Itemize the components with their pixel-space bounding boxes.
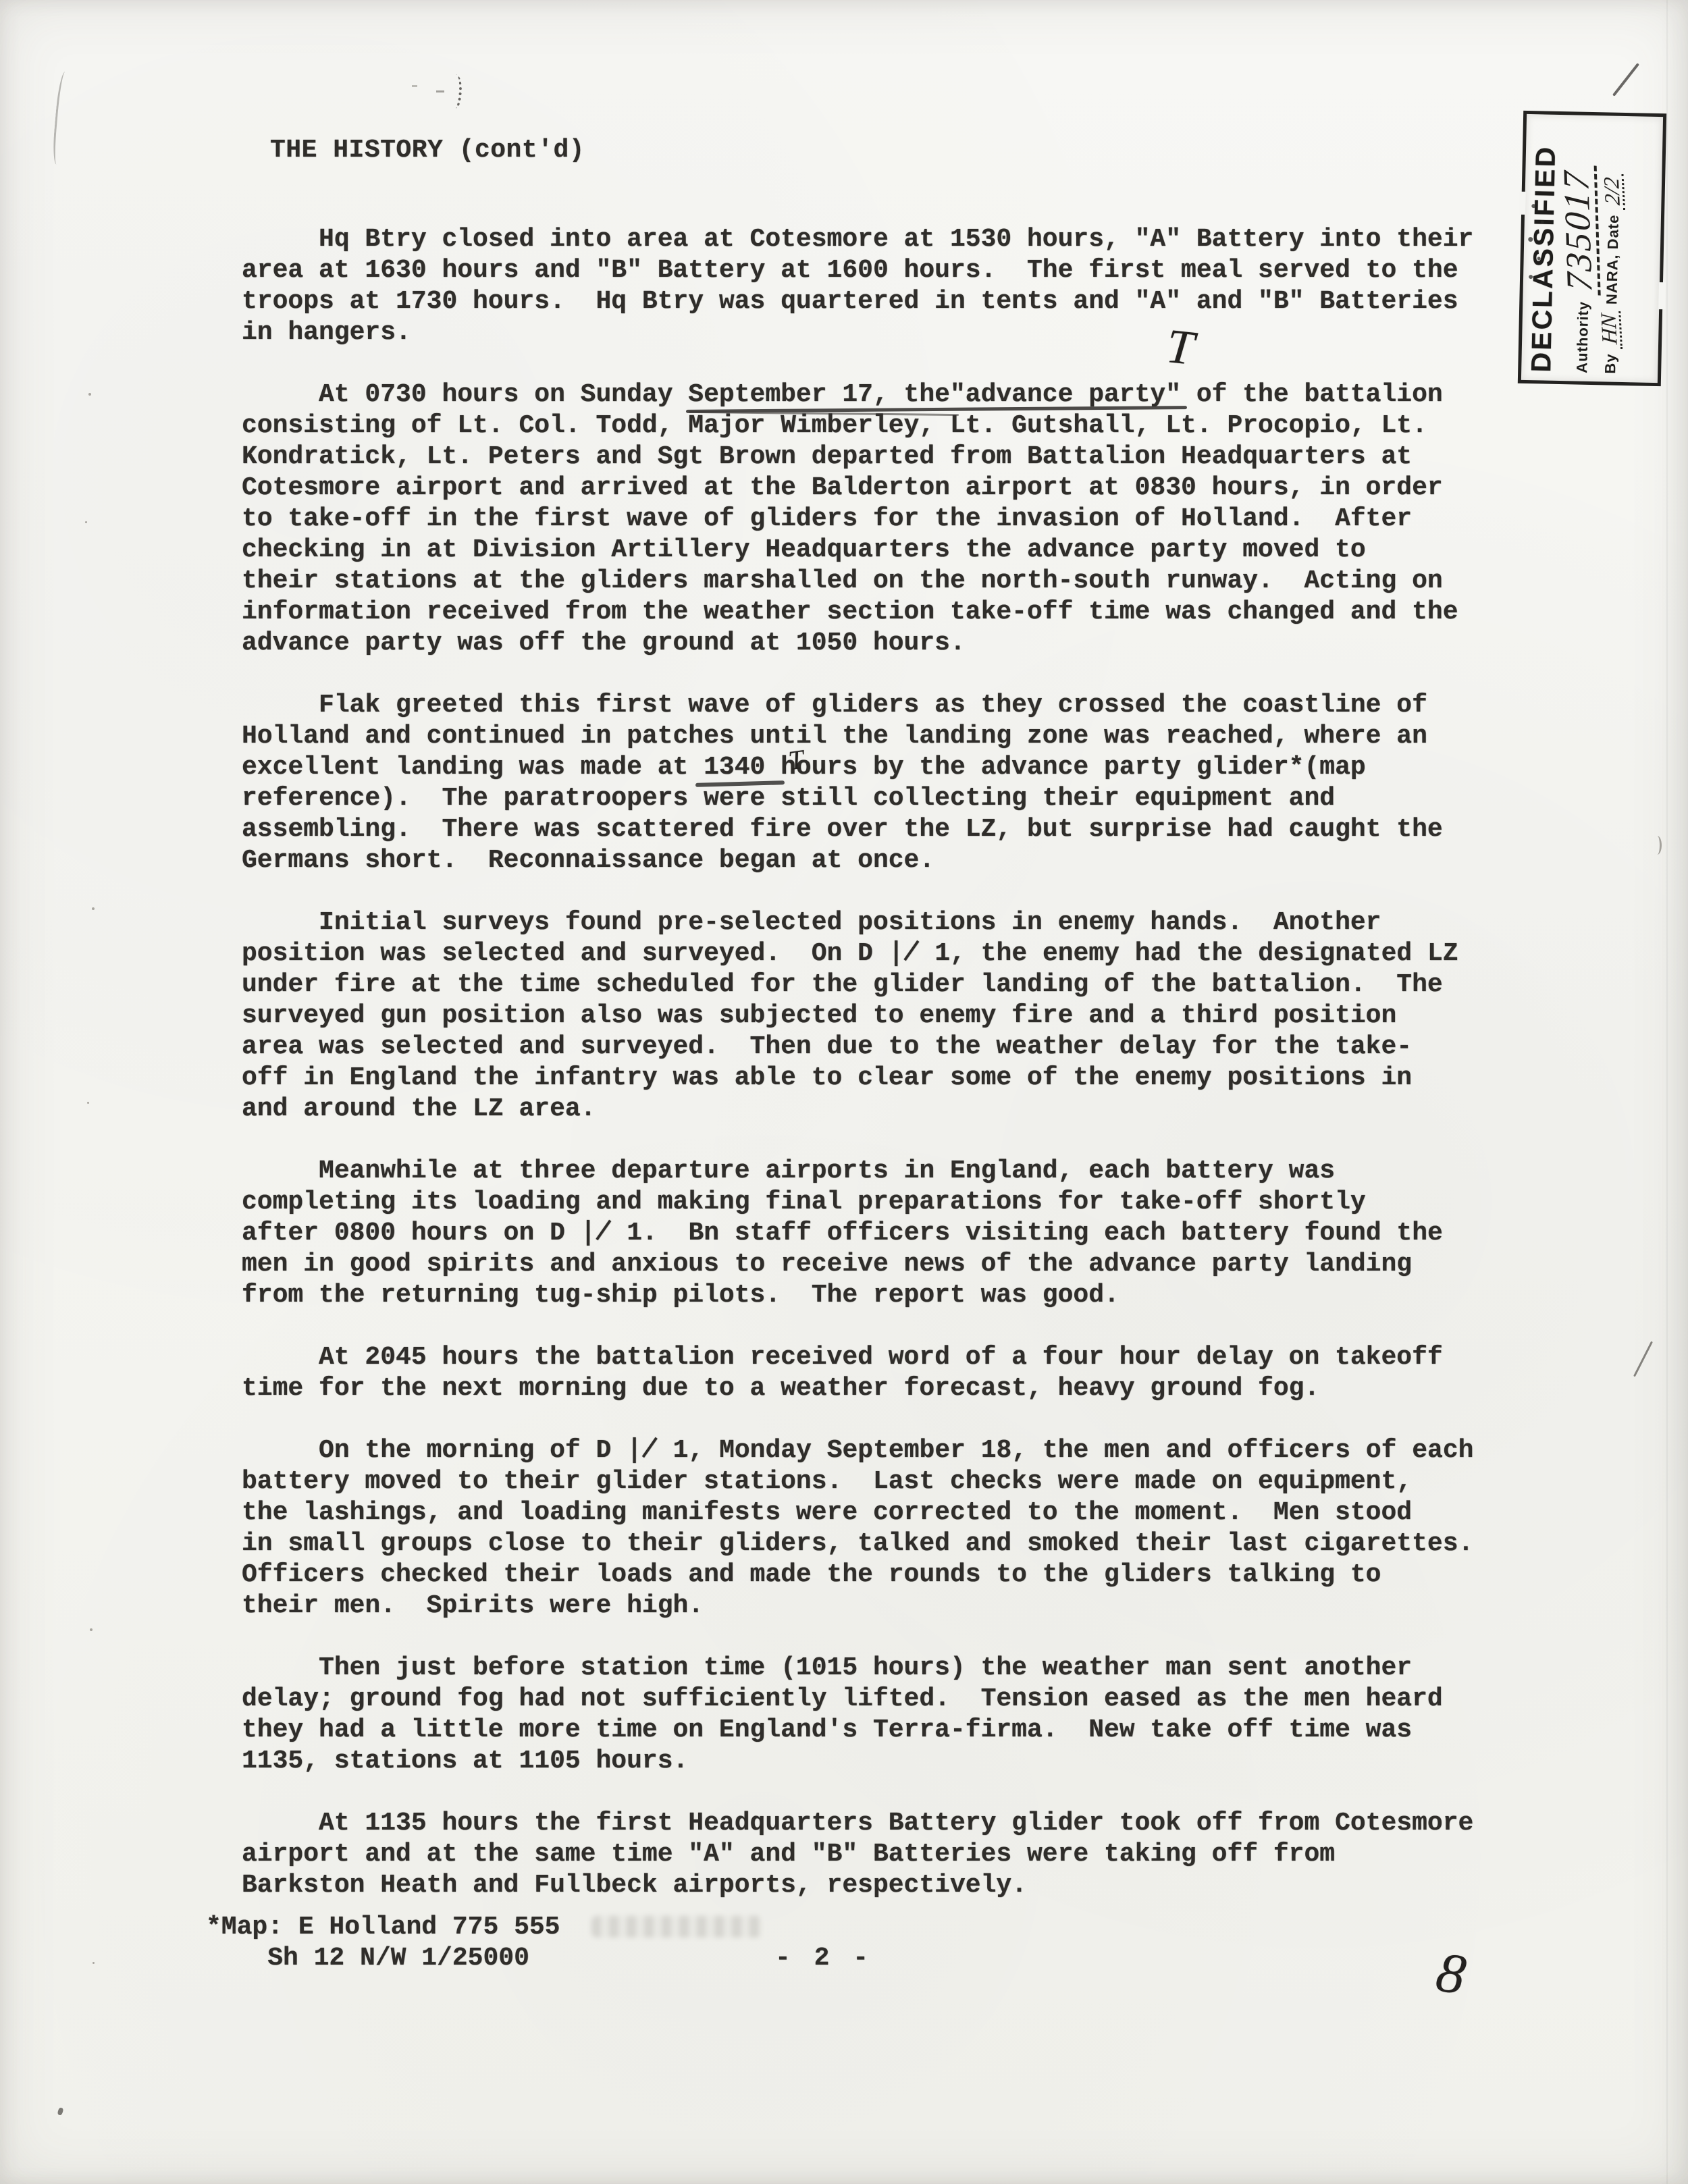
scan-artifact-dash <box>412 85 417 87</box>
paragraph-7: On the morning of D ∤ 1, Monday Septembe… <box>242 1435 1525 1622</box>
scan-artifact-diagonal <box>1633 1341 1653 1377</box>
scan-speck <box>88 393 91 396</box>
stamp-date-value: 2/2 <box>1600 172 1625 210</box>
scan-speck <box>87 1102 89 1104</box>
document-body: Hq Btry closed into area at Cotesmore at… <box>242 224 1525 1932</box>
page-number: - 2 - <box>775 1943 872 1974</box>
stamp-authority-label: Authority <box>1573 301 1592 373</box>
paragraph-2: At 0730 hours on Sunday September 17, th… <box>242 379 1525 659</box>
declassified-stamp: DECLASSIFIED Authority 735017 By HN NARA… <box>1518 111 1666 386</box>
paragraph-6: At 2045 hours the battalion received wor… <box>242 1342 1525 1404</box>
stamp-nara-date-label: NARA, Date <box>1603 214 1623 304</box>
stamp-declassified-text: DECLASSIFIED <box>1525 121 1562 373</box>
scan-artifact-squiggle <box>446 74 464 109</box>
stamp-ink-speck <box>1528 237 1533 242</box>
scan-speck <box>93 1962 95 1964</box>
document-page: THE HISTORY (cont'd) Hq Btry closed into… <box>0 0 1688 2184</box>
page-title: THE HISTORY (cont'd) <box>270 135 585 166</box>
scan-artifact-curve <box>51 71 72 165</box>
paragraph-3: Flak greeted this first wave of gliders … <box>242 690 1525 876</box>
stamp-by-value: HN <box>1597 309 1623 349</box>
paragraph-4: Initial surveys found pre-selected posit… <box>242 907 1525 1125</box>
stamp-by-label: By <box>1602 353 1620 374</box>
scan-speck <box>85 521 87 523</box>
paragraph-9: At 1135 hours the first Headquarters Bat… <box>242 1808 1525 1901</box>
paragraph-1: Hq Btry closed into area at Cotesmore at… <box>242 224 1525 348</box>
stamp-ink-speck <box>1541 220 1544 223</box>
scan-artifact-curve <box>1653 836 1662 855</box>
scan-speck <box>57 2107 63 2116</box>
declassified-stamp-box: DECLASSIFIED Authority 735017 By HN NARA… <box>1518 111 1666 386</box>
stamp-authority-value: 735017 <box>1558 163 1600 296</box>
handwritten-page-mark: 8 <box>1433 1944 1470 2004</box>
stamp-ink-speck <box>1537 257 1541 260</box>
stamp-ink-speck <box>1531 204 1535 208</box>
paragraph-5: Meanwhile at three departure airports in… <box>242 1156 1525 1311</box>
stamp-ink-gap <box>1519 192 1526 215</box>
stamp-ink-speck <box>1529 275 1533 279</box>
ink-smudge <box>591 1916 762 1938</box>
scan-speck <box>90 1628 93 1631</box>
handwritten-insert-mark: T <box>1164 321 1196 373</box>
scan-speck <box>92 907 95 910</box>
scan-artifact-diagonal <box>1612 63 1639 97</box>
scan-artifact-dash <box>436 90 444 92</box>
map-reference-note: *Map: E Holland 775 555 Sh 12 N/W 1/2500… <box>206 1912 560 1974</box>
paragraph-8: Then just before station time (1015 hour… <box>242 1653 1525 1777</box>
stamp-ink-gap <box>1658 282 1666 309</box>
